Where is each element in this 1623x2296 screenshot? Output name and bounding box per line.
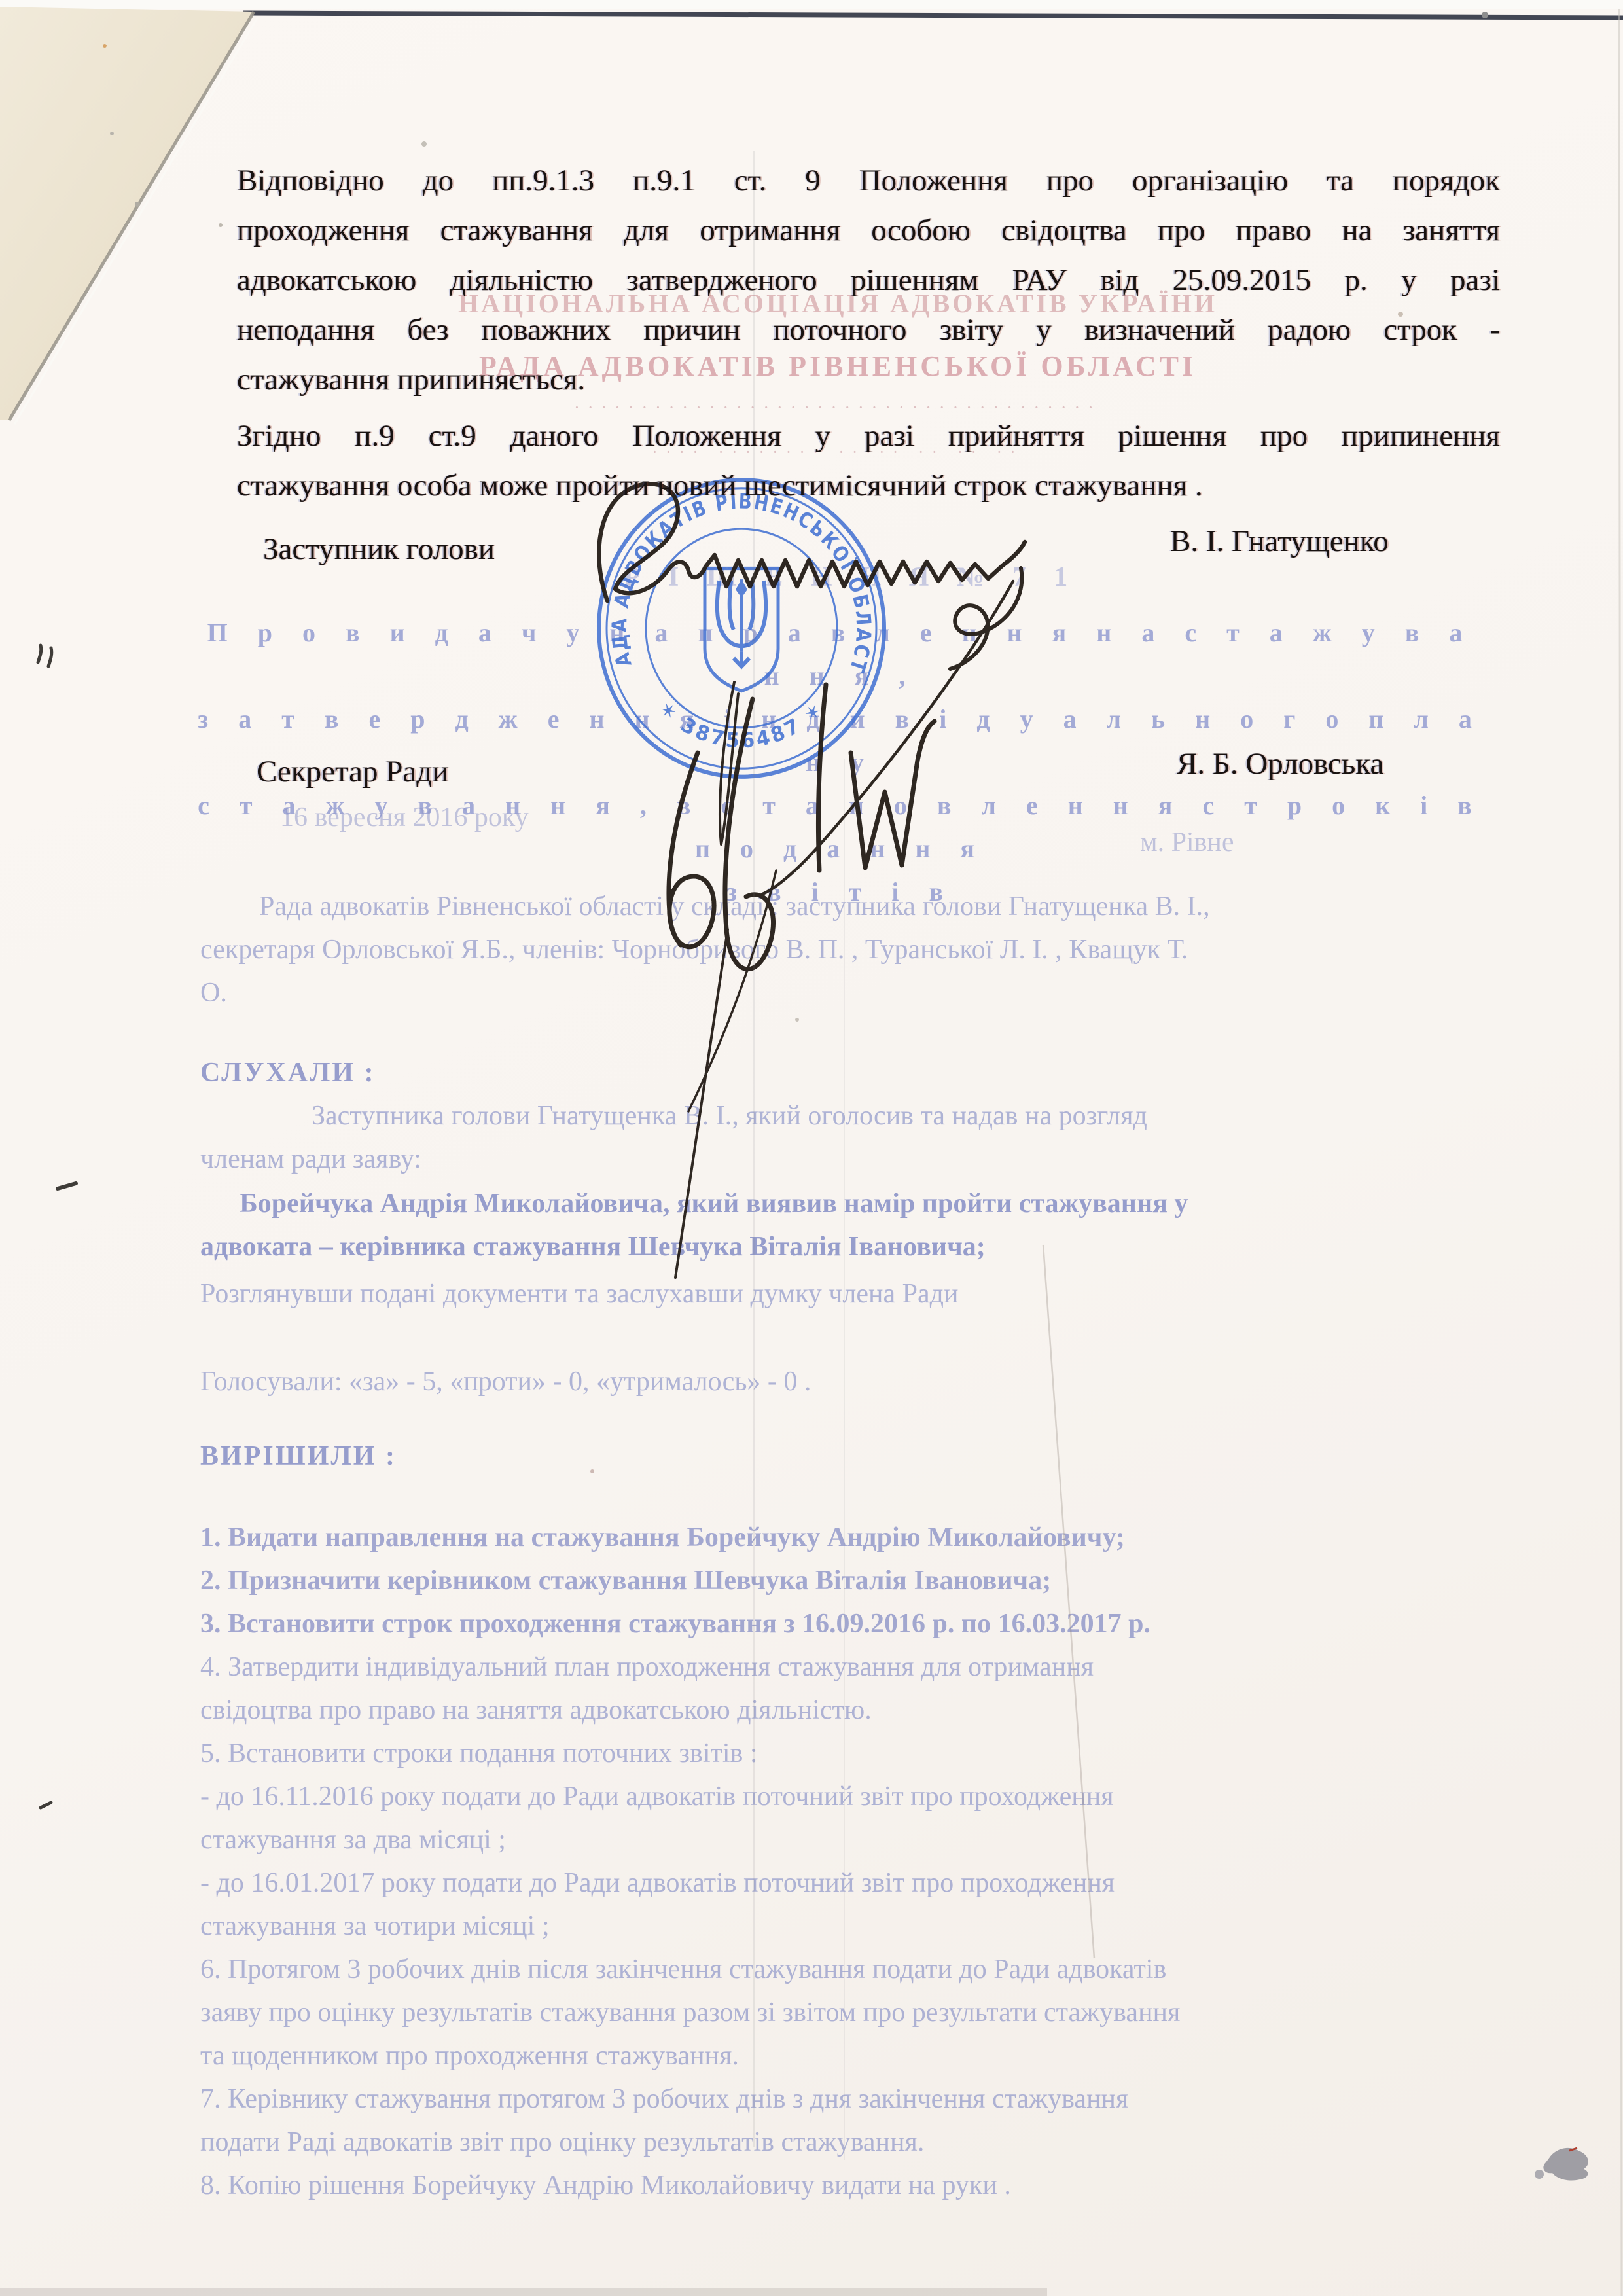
paragraph-1-line: проходження стажування для отримання осо…: [237, 206, 1500, 255]
page-top-edge: [243, 13, 1623, 18]
margin-marks: [38, 645, 76, 1808]
signature-cross-stroke: [762, 581, 1013, 894]
margin-mark-3: [41, 1803, 51, 1808]
scanner-margin: [0, 0, 1623, 9]
scanned-document-page: НАЦІОНАЛЬНА АСОЦІАЦІЯ АДВОКАТІВ УКРАЇНИ …: [0, 0, 1623, 2296]
scratch-line: [1043, 1245, 1094, 1958]
margin-mark-2: [58, 1183, 76, 1189]
page-bottom-shadow: [0, 2288, 1047, 2296]
signature-long-tail: [675, 929, 728, 1278]
signatory-title-deputy-head: Заступник голови: [263, 531, 495, 567]
trident-emblem: [705, 568, 778, 691]
signatory-name-hnatushchenko: В. І. Гнатущенко: [1170, 524, 1389, 559]
margin-mark-1: [38, 645, 41, 662]
signature-orlovska-loops: [669, 753, 714, 947]
paragraph-1-line: Відповідно до пп.9.1.3 п.9.1 ст. 9 Полож…: [237, 156, 1500, 206]
signatory-title-secretary: Секретар Ради: [257, 754, 448, 789]
paragraph-2: Згідно п.9 ст.9 даного Положення у разі …: [237, 411, 1500, 511]
signature-thin-descender: [688, 870, 776, 1111]
paragraph-1-line: адвокатською діяльністю затвердженого рі…: [237, 255, 1500, 305]
paragraph-1: Відповідно до пп.9.1.3 п.9.1 ст. 9 Полож…: [237, 156, 1500, 404]
signatory-name-orlovska: Я. Б. Орловська: [1177, 746, 1383, 781]
handwritten-signatures: [599, 484, 1025, 1278]
ink-smudge: [1535, 2148, 1588, 2181]
paragraph-1-line: стажування припиняється.: [237, 355, 1500, 404]
paragraph-2-line: Згідно п.9 ст.9 даного Положення у разі …: [237, 411, 1500, 461]
paragraph-1-line: неподання без поважних причин поточного …: [237, 305, 1500, 355]
margin-mark-1b: [48, 648, 52, 666]
paragraph-2-line: стажування особа може пройти новий шести…: [237, 461, 1500, 511]
folded-corner: [0, 7, 258, 424]
page-right-edge: [1619, 9, 1622, 2296]
